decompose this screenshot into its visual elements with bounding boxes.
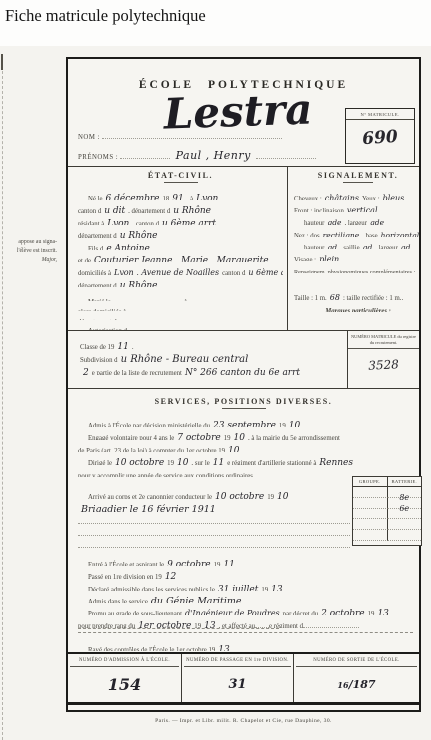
- line-residant: résidant àLyon, canton du 6ème arrt: [78, 213, 283, 225]
- matricule-value: 690: [348, 126, 411, 150]
- line-raye: Rayé des contrôles de l'École le 1er oct…: [78, 639, 413, 651]
- passage-column: NUMÉRO DE PASSAGE EN 1re DIVISION. 31: [181, 654, 293, 702]
- sortie-number: 16/187: [294, 667, 419, 702]
- etat-civil-column: ÉTAT-CIVIL. Né le6 décembre1891, àLyon c…: [68, 166, 288, 330]
- line-brigadier: Brigadier le 16 février 1911: [78, 499, 350, 512]
- prenoms-handwritten: Paul , Henry: [176, 149, 251, 162]
- line-premiere-division: Passé en 1re division en 1912: [78, 566, 413, 578]
- line-autorisation: Autorisation d: [78, 320, 283, 330]
- table-header: GROUPE. BATTERIE.: [353, 477, 421, 487]
- line-prendre-rang: pour prendre rang du1er octobre1913, et …: [78, 615, 413, 627]
- line-alors-domiciliee: alors domiciliée à: [78, 301, 283, 311]
- passage-header: NUMÉRO DE PASSAGE EN 1re DIVISION.: [184, 654, 291, 667]
- admission-number: 154: [68, 667, 181, 702]
- dotted-leader: [120, 151, 170, 159]
- table-row: 8e: [353, 487, 421, 498]
- table-row: [353, 530, 421, 541]
- page-title: Fiche matricule polytechnique: [5, 6, 206, 26]
- margin-note: appose au signa- l'élève est inscrit. Ma…: [0, 238, 57, 265]
- line-classe: Classe de 1911.: [80, 336, 343, 349]
- dashed-separator: [78, 628, 279, 629]
- classe-section: Classe de 1911. Subdivision du Rhône - B…: [68, 331, 419, 389]
- line-arrive-corps: Arrivé au corps et 2e canonnier conducte…: [78, 486, 350, 499]
- line-departement-3: département d: [78, 311, 283, 321]
- margin-tick-mark: [1, 54, 3, 70]
- prenoms-row: PRÉNOMS : Paul , Henry: [78, 149, 316, 162]
- line-engage: Engagé volontaire pour 4 ans le7 octobre…: [78, 427, 413, 439]
- signalement-column: SIGNALEMENT. Cheveux :châtainsYeux :bleu…: [288, 166, 425, 330]
- civil-signalement-section: ÉTAT-CIVIL. Né le6 décembre1891, àLyon c…: [68, 166, 419, 331]
- line-visage: Visage :plein: [294, 249, 422, 261]
- title-underline: [222, 408, 266, 409]
- sortie-total: 187: [353, 678, 376, 691]
- line-nez: Nez : dosrectiligne, basehorizontal: [294, 225, 422, 237]
- classe-lines: Classe de 1911. Subdivision du Rhône - B…: [80, 336, 343, 375]
- line-departement-2: département du Rhône: [78, 275, 283, 287]
- matricule-label: N° MATRICULE.: [346, 109, 414, 120]
- line-admissible: Déclaré admissible dans les services pub…: [78, 579, 413, 591]
- margin-note-line: appose au signa-: [0, 238, 57, 247]
- line-et-de: et deCouturier Jeanne , Marie , Margueri…: [78, 250, 283, 262]
- grades-lines: Arrivé au corps et 2e canonnier conducte…: [78, 486, 350, 548]
- sortie-column: NUMÉRO DE SORTIE DE L'ÉCOLE. 16/187: [293, 654, 419, 702]
- recrutement-label: NUMÉRO MATRICULE du registre du recrutem…: [348, 331, 419, 349]
- screenshot-root: Fiche matricule polytechnique appose au …: [0, 0, 431, 740]
- line-front: Front : inclinaisonvertical: [294, 200, 422, 212]
- line-ne-le: Né le6 décembre1891, àLyon: [78, 188, 283, 200]
- matricule-box: N° MATRICULE. 690: [345, 108, 415, 164]
- line-domicilies: domiciliés àLyon , Avenue de Noaillescan…: [78, 262, 283, 274]
- prenoms-label: PRÉNOMS :: [78, 154, 118, 161]
- services-title: SERVICES, POSITIONS DIVERSES.: [68, 397, 419, 406]
- blank-dotted-line: [78, 536, 350, 548]
- dashed-separator: [78, 632, 413, 637]
- line-taille: Taille : 1 m.68; taille rectifiée : 1 m.…: [294, 287, 422, 299]
- line-admis-service: Admis dans le servicedu Génie Maritime: [78, 591, 413, 603]
- admission-column: NUMÉRO D'ADMISSION À L'ÉCOLE. 154: [68, 654, 181, 702]
- ecole-section: Entré à l'École et aspirant le9 octobre1…: [68, 550, 419, 651]
- line-dirige: Dirigé le10 octobre1910, sur le11e régim…: [78, 452, 413, 464]
- line-marques: Marques particulières :: [294, 300, 422, 312]
- line-subdivision: Subdivision du Rhône - Bureau central: [80, 349, 343, 362]
- printer-imprint: Paris. — Impr. et Libr. milit. R. Chapel…: [66, 718, 421, 724]
- blank-dotted-line: [78, 512, 350, 524]
- line-marie-le: Marié le, à: [78, 291, 283, 301]
- line-departement: département du Rhône: [78, 225, 283, 237]
- line-nez-mesures: hauteurgd, sailliegd, largeurgd: [294, 237, 422, 249]
- line-admis-ecole: Admis à l'École par décision ministériel…: [78, 415, 413, 427]
- dotted-leader: [256, 151, 316, 159]
- line-fils-de: Fils de Antoine: [78, 238, 283, 250]
- line-entre-ecole: Entré à l'École et aspirant le9 octobre1…: [78, 554, 413, 566]
- matricule-sheet: ÉCOLE POLYTECHNIQUE Lestra NOM : PRÉNOMS…: [66, 57, 421, 712]
- margin-dashed-line: [2, 56, 3, 740]
- recrutement-value: 3528: [351, 356, 417, 373]
- col-groupe: GROUPE.: [353, 477, 388, 486]
- services-lines: Admis à l'École par décision ministériel…: [68, 415, 419, 477]
- col-batterie: BATTERIE.: [388, 477, 422, 486]
- scanned-document: appose au signa- l'élève est inscrit. Ma…: [0, 46, 431, 740]
- groupe-batterie-table: GROUPE. BATTERIE. 8e 6e: [352, 476, 422, 546]
- line-cheveux-yeux: Cheveux :châtainsYeux :bleus: [294, 188, 422, 200]
- sortie-header: NUMÉRO DE SORTIE DE L'ÉCOLE.: [296, 654, 417, 667]
- recrutement-box: NUMÉRO MATRICULE du registre du recrutem…: [347, 331, 419, 388]
- etat-civil-title: ÉTAT-CIVIL.: [78, 171, 283, 180]
- line-paris-loi: de Paris (art. 23 de la loi) à compter d…: [78, 440, 413, 452]
- nom-row: NOM :: [78, 131, 282, 141]
- table-row: [353, 519, 421, 530]
- line-promu: Promu au grade de sous-lieutenantd'Ingén…: [78, 603, 413, 615]
- blank-dotted-line: [78, 524, 350, 536]
- passage-number: 31: [182, 667, 293, 702]
- margin-note-line: l'élève est inscrit.: [0, 247, 57, 256]
- line-front-mesures: hauteurgde, largeurgde: [294, 212, 422, 224]
- nom-label: NOM :: [78, 134, 100, 141]
- admission-header: NUMÉRO D'ADMISSION À L'ÉCOLE.: [70, 654, 179, 667]
- sortie-rank: 16: [337, 680, 348, 690]
- signalement-title: SIGNALEMENT.: [294, 171, 422, 180]
- line-canton: canton du dit, département du Rhône: [78, 200, 283, 212]
- header-section: ÉCOLE POLYTECHNIQUE Lestra NOM : PRÉNOMS…: [68, 59, 419, 167]
- line-partie-liste: 2e partie de la liste de recrutementN° 2…: [80, 362, 343, 375]
- numbers-table: NUMÉRO D'ADMISSION À L'ÉCOLE. 154 NUMÉRO…: [68, 652, 419, 705]
- table-row: 6e: [353, 498, 421, 509]
- dotted-leader: [102, 131, 282, 139]
- margin-note-line: Major,: [0, 256, 57, 265]
- line-renseignements: Renseignem. physionomiques complémentair…: [294, 261, 422, 273]
- table-row: [353, 509, 421, 520]
